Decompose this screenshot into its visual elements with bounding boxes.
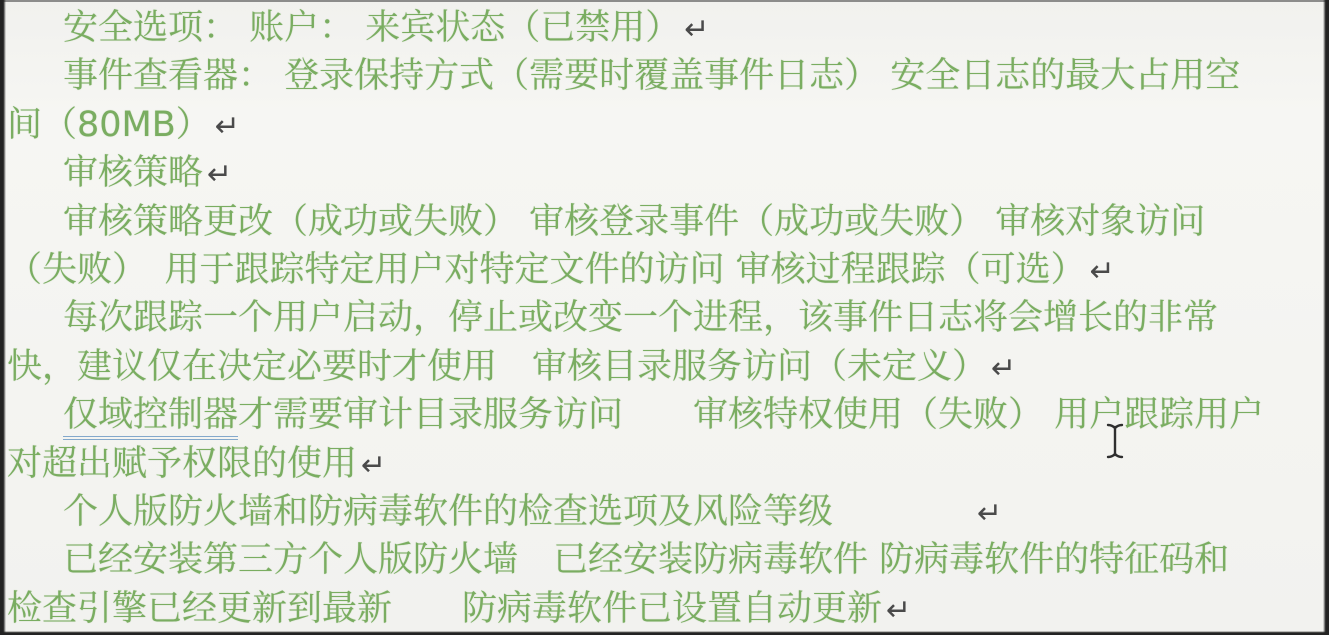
line-text: 审核策略更改（成功或失败） 审核登录事件（成功或失败） 审核对象访问 [63, 202, 1205, 242]
paragraph-mark-icon: ↵ [973, 496, 1002, 531]
frame-edge-right [1323, 0, 1329, 635]
text-line: （失败） 用于跟踪特定用户对特定文件的访问 审核过程跟踪（可选）↵ [7, 246, 1323, 294]
text-line: 对超出赋予权限的使用↵ [7, 440, 1323, 488]
paragraph-mark-icon: ↵ [1086, 254, 1115, 289]
line-text: （失败） 用于跟踪特定用户对特定文件的访问 审核过程跟踪（可选） [7, 250, 1086, 290]
document-page: 安全选项： 账户： 来宾状态（已禁用）↵ 事件查看器： 登录保持方式（需要时覆盖… [0, 0, 1329, 635]
text-line: 安全选项： 账户： 来宾状态（已禁用）↵ [7, 4, 1323, 52]
paragraph-mark-icon: ↵ [882, 593, 911, 628]
text-line: 检查引擎已经更新到最新 防病毒软件已设置自动更新↵ [7, 585, 1323, 633]
line-text: 审核策略 [63, 153, 203, 193]
line-text: 对超出赋予权限的使用 [7, 444, 357, 484]
text-line: 快，建议仅在决定必要时才使用 审核目录服务访问（未定义）↵ [7, 343, 1323, 391]
line-text: 已经安装第三方个人版防火墙 已经安装防病毒软件 防病毒软件的特征码和 [63, 540, 1229, 580]
grammar-underlined-text: 仅域控制器 [63, 395, 238, 440]
paragraph-mark-icon: ↵ [987, 351, 1016, 386]
frame-edge-left [0, 0, 6, 635]
text-line: 每次跟踪一个用户启动，停止或改变一个进程，该事件日志将会增长的非常 [7, 294, 1323, 342]
line-text: 事件查看器： 登录保持方式（需要时覆盖事件日志） 安全日志的最大占用空 [63, 56, 1240, 96]
document-text-area[interactable]: 安全选项： 账户： 来宾状态（已禁用）↵ 事件查看器： 登录保持方式（需要时覆盖… [0, 0, 1329, 635]
text-line: 事件查看器： 登录保持方式（需要时覆盖事件日志） 安全日志的最大占用空 [7, 52, 1323, 100]
line-text: 每次跟踪一个用户启动，停止或改变一个进程，该事件日志将会增长的非常 [63, 298, 1218, 338]
text-line: 已经安装第三方个人版防火墙 已经安装防病毒软件 防病毒软件的特征码和 [7, 536, 1323, 584]
paragraph-mark-icon: ↵ [357, 448, 386, 483]
line-text: 安全选项： 账户： 来宾状态（已禁用） [63, 8, 680, 48]
paragraph-mark-icon: ↵ [680, 12, 709, 47]
i-beam-cursor-icon [1105, 422, 1125, 460]
frame-edge-top [0, 0, 1329, 2]
line-text: 个人版防火墙和防病毒软件的检查选项及风险等级 [63, 492, 973, 532]
line-text: 检查引擎已经更新到最新 防病毒软件已设置自动更新 [7, 589, 882, 629]
text-line: 审核策略↵ [7, 149, 1323, 197]
paragraph-mark-icon: ↵ [203, 157, 232, 192]
text-line: 间（80MB）↵ [7, 101, 1323, 149]
text-line: 个人版防火墙和防病毒软件的检查选项及风险等级 ↵ [7, 488, 1323, 536]
frame-edge-bottom [0, 631, 1329, 635]
line-text: 间（80MB） [7, 105, 211, 145]
line-text: 快，建议仅在决定必要时才使用 审核目录服务访问（未定义） [7, 347, 987, 387]
text-line: 仅域控制器才需要审计目录服务访问 审核特权使用（失败） 用户跟踪用户 [7, 391, 1323, 439]
text-line: 审核策略更改（成功或失败） 审核登录事件（成功或失败） 审核对象访问 [7, 198, 1323, 246]
paragraph-mark-icon: ↵ [211, 109, 240, 144]
